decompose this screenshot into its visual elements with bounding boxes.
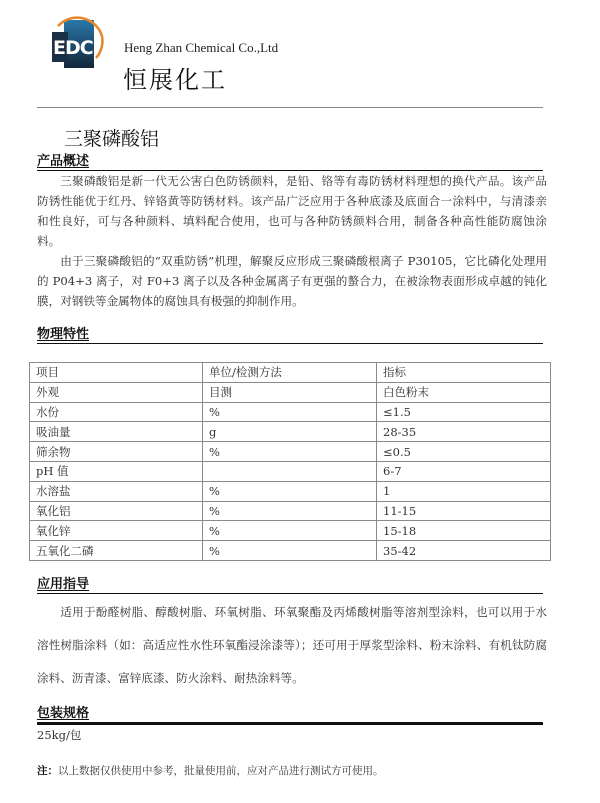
table-row: pH 值6-7 (30, 461, 551, 481)
section-heading-physical: 物理特性 (37, 327, 543, 344)
property-name-cell: pH 值 (30, 461, 203, 481)
table-row: 水溶盐%1 (30, 481, 551, 501)
svg-text:EDC: EDC (53, 37, 93, 59)
spec-value-cell: 15-18 (377, 521, 551, 541)
column-header: 单位/检测方法 (203, 363, 377, 383)
spec-value-cell: 1 (377, 481, 551, 501)
note-text: 以上数据仅供使用中参考，批量使用前，应对产品进行测试方可使用。 (58, 765, 384, 777)
property-name-cell: 氧化锌 (30, 521, 203, 541)
table-row: 五氧化二磷%35-42 (30, 541, 551, 561)
unit-method-cell: % (203, 541, 377, 561)
table-row: 筛余物%≤0.5 (30, 442, 551, 462)
spec-value-cell: 35-42 (377, 541, 551, 561)
table-row: 外观目测白色粉末 (30, 382, 551, 402)
spec-value-cell: 白色粉末 (377, 382, 551, 402)
section-heading-overview: 产品概述 (37, 154, 543, 171)
company-logo: EDC (50, 12, 106, 70)
unit-method-cell: % (203, 402, 377, 422)
application-paragraph: 适用于酚醛树脂、醇酸树脂、环氧树脂、环氧聚酯及丙烯酸树脂等溶剂型涂料，也可以用于… (37, 596, 547, 695)
packaging-value: 25kg/包 (37, 727, 81, 743)
unit-method-cell: % (203, 501, 377, 521)
section-heading-application: 应用指导 (37, 577, 543, 594)
table-header-row: 项目 单位/检测方法 指标 (30, 363, 551, 383)
property-name-cell: 五氧化二磷 (30, 541, 203, 561)
property-name-cell: 水溶盐 (30, 481, 203, 501)
overview-paragraph: 三聚磷酸铝是新一代无公害白色防锈颜料，是铅、铬等有毒防锈材料理想的换代产品。该产… (37, 171, 547, 251)
product-title: 三聚磷酸铝 (64, 124, 159, 151)
physical-properties-table: 项目 单位/检测方法 指标 外观目测白色粉末水份%≤1.5吸油量g28-35筛余… (29, 362, 551, 561)
spec-value-cell: ≤0.5 (377, 442, 551, 462)
table-row: 水份%≤1.5 (30, 402, 551, 422)
table-row: 吸油量g28-35 (30, 422, 551, 442)
unit-method-cell: g (203, 422, 377, 442)
unit-method-cell: % (203, 442, 377, 462)
disclaimer-note: 注：以上数据仅供使用中参考，批量使用前，应对产品进行测试方可使用。 (37, 763, 384, 778)
unit-method-cell: % (203, 521, 377, 541)
overview-body: 三聚磷酸铝是新一代无公害白色防锈颜料，是铅、铬等有毒防锈材料理想的换代产品。该产… (37, 171, 547, 311)
spec-value-cell: ≤1.5 (377, 402, 551, 422)
application-heading-text: 应用指导 (37, 577, 89, 592)
property-name-cell: 水份 (30, 402, 203, 422)
application-body: 适用于酚醛树脂、醇酸树脂、环氧树脂、环氧聚酯及丙烯酸树脂等溶剂型涂料，也可以用于… (37, 596, 547, 695)
company-name-en: Heng Zhan Chemical Co.,Ltd (124, 40, 278, 56)
edc-logo-icon: EDC (50, 12, 106, 70)
packaging-heading-text: 包装规格 (37, 706, 89, 721)
spec-value-cell: 11-15 (377, 501, 551, 521)
property-name-cell: 氧化铝 (30, 501, 203, 521)
note-label: 注： (37, 765, 58, 777)
column-header: 项目 (30, 363, 203, 383)
company-name-cn: 恒展化工 (123, 60, 227, 95)
table-row: 氧化锌%15-18 (30, 521, 551, 541)
table-row: 氧化铝%11-15 (30, 501, 551, 521)
spec-value-cell: 6-7 (377, 461, 551, 481)
property-name-cell: 外观 (30, 382, 203, 402)
unit-method-cell: 目测 (203, 382, 377, 402)
spec-value-cell: 28-35 (377, 422, 551, 442)
column-header: 指标 (377, 363, 551, 383)
property-name-cell: 筛余物 (30, 442, 203, 462)
physical-heading-text: 物理特性 (37, 327, 89, 342)
overview-paragraph: 由于三聚磷酸铝的“双重防锈”机理，解聚反应形成三聚磷酸根离子 P30105，它比… (37, 251, 547, 311)
overview-heading-text: 产品概述 (37, 154, 89, 169)
section-heading-packaging: 包装规格 (37, 706, 543, 725)
header-divider (37, 107, 543, 108)
unit-method-cell: % (203, 481, 377, 501)
unit-method-cell (203, 461, 377, 481)
property-name-cell: 吸油量 (30, 422, 203, 442)
